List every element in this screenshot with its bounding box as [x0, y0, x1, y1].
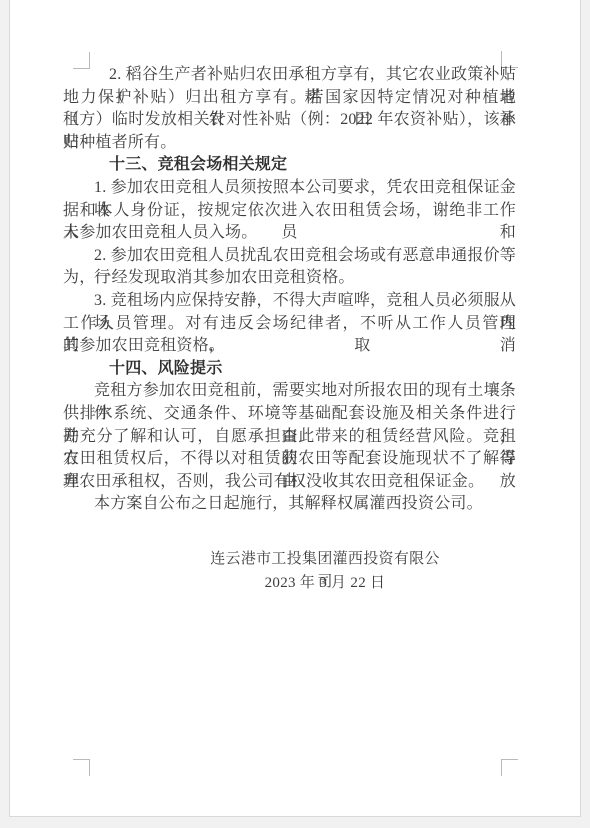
signature-date: 2023 年 3 月 22 日	[205, 572, 445, 595]
paragraph-line: 工作人员管理。对有违反会场纪律者，不听从工作人员管理的，取消	[63, 313, 516, 336]
paragraph-line: 2. 稻谷生产者补贴归农田承租方享有，其它农业政策补贴（耕地	[63, 64, 516, 87]
paragraph-line: 弃农田承租权，否则，我公司有权没收其农田竞租保证金。	[63, 471, 516, 494]
paragraph-line: 为，一经发现取消其参加农田竞租资格。	[63, 267, 516, 290]
paragraph-line: 地力保护补贴）归出租方享有。若国家因特定情况对种植者（农田承	[63, 87, 516, 110]
section-13-item-1: 1. 参加农田竞租人员须按照本公司要求，凭农田竞租保证金收 据和本人身份证，按规…	[63, 177, 516, 245]
paragraph-line: 据和本人身份证，按规定依次进入农田租赁会场，谢绝非工作人员和	[63, 200, 516, 223]
section-14-paragraph: 竞租方参加农田竞租前，需要实地对所报农田的现有土壤条件、 供排水系统、交通条件、…	[63, 380, 516, 493]
paragraph-line: 租方）临时发放相关针对性补贴（例：2022 年农资补贴），该补贴	[63, 109, 516, 132]
section-13-heading: 十三、竞租会场相关规定	[63, 154, 516, 177]
paragraph-line: 3. 竞租场内应保持安静，不得大声喧哗，竞租人员必须服从场内	[63, 290, 516, 313]
text-boundary-mark-bottom-right	[501, 759, 518, 776]
paragraph-line: 供排水系统、交通条件、环境等基础配套设施及相关条件进行勘查，	[63, 403, 516, 426]
section-13-item-2: 2. 参加农田竞租人员扰乱农田竞租会场或有恶意串通报价等行 为，一经发现取消其参…	[63, 245, 516, 290]
paragraph-line: 归种植者所有。	[63, 132, 516, 155]
paragraph-line: 1. 参加农田竞租人员须按照本公司要求，凭农田竞租保证金收	[63, 177, 516, 200]
text-area: 2. 稻谷生产者补贴归农田承租方享有，其它农业政策补贴（耕地 地力保护补贴）归出…	[63, 64, 516, 516]
closing-statement: 本方案自公布之日起施行，其解释权属灌西投资公司。	[63, 493, 516, 516]
paragraph-line: 竞租方参加农田竞租前，需要实地对所报农田的现有土壤条件、	[63, 380, 516, 403]
section-14-heading: 十四、风险提示	[63, 358, 516, 381]
paragraph-line: 农田租赁权后，不得以对租赁的农田等配套设施现状不了解等理由放	[63, 448, 516, 471]
paragraph-subsidy: 2. 稻谷生产者补贴归农田承租方享有，其它农业政策补贴（耕地 地力保护补贴）归出…	[63, 64, 516, 154]
text-boundary-mark-bottom-left	[73, 759, 90, 776]
paragraph-line: 2. 参加农田竞租人员扰乱农田竞租会场或有恶意串通报价等行	[63, 245, 516, 268]
section-13-item-3: 3. 竞租场内应保持安静，不得大声喧哗，竞租人员必须服从场内 工作人员管理。对有…	[63, 290, 516, 358]
paragraph-line: 并充分了解和认可，自愿承担由此带来的租赁经营风险。竞租方获得	[63, 426, 516, 449]
